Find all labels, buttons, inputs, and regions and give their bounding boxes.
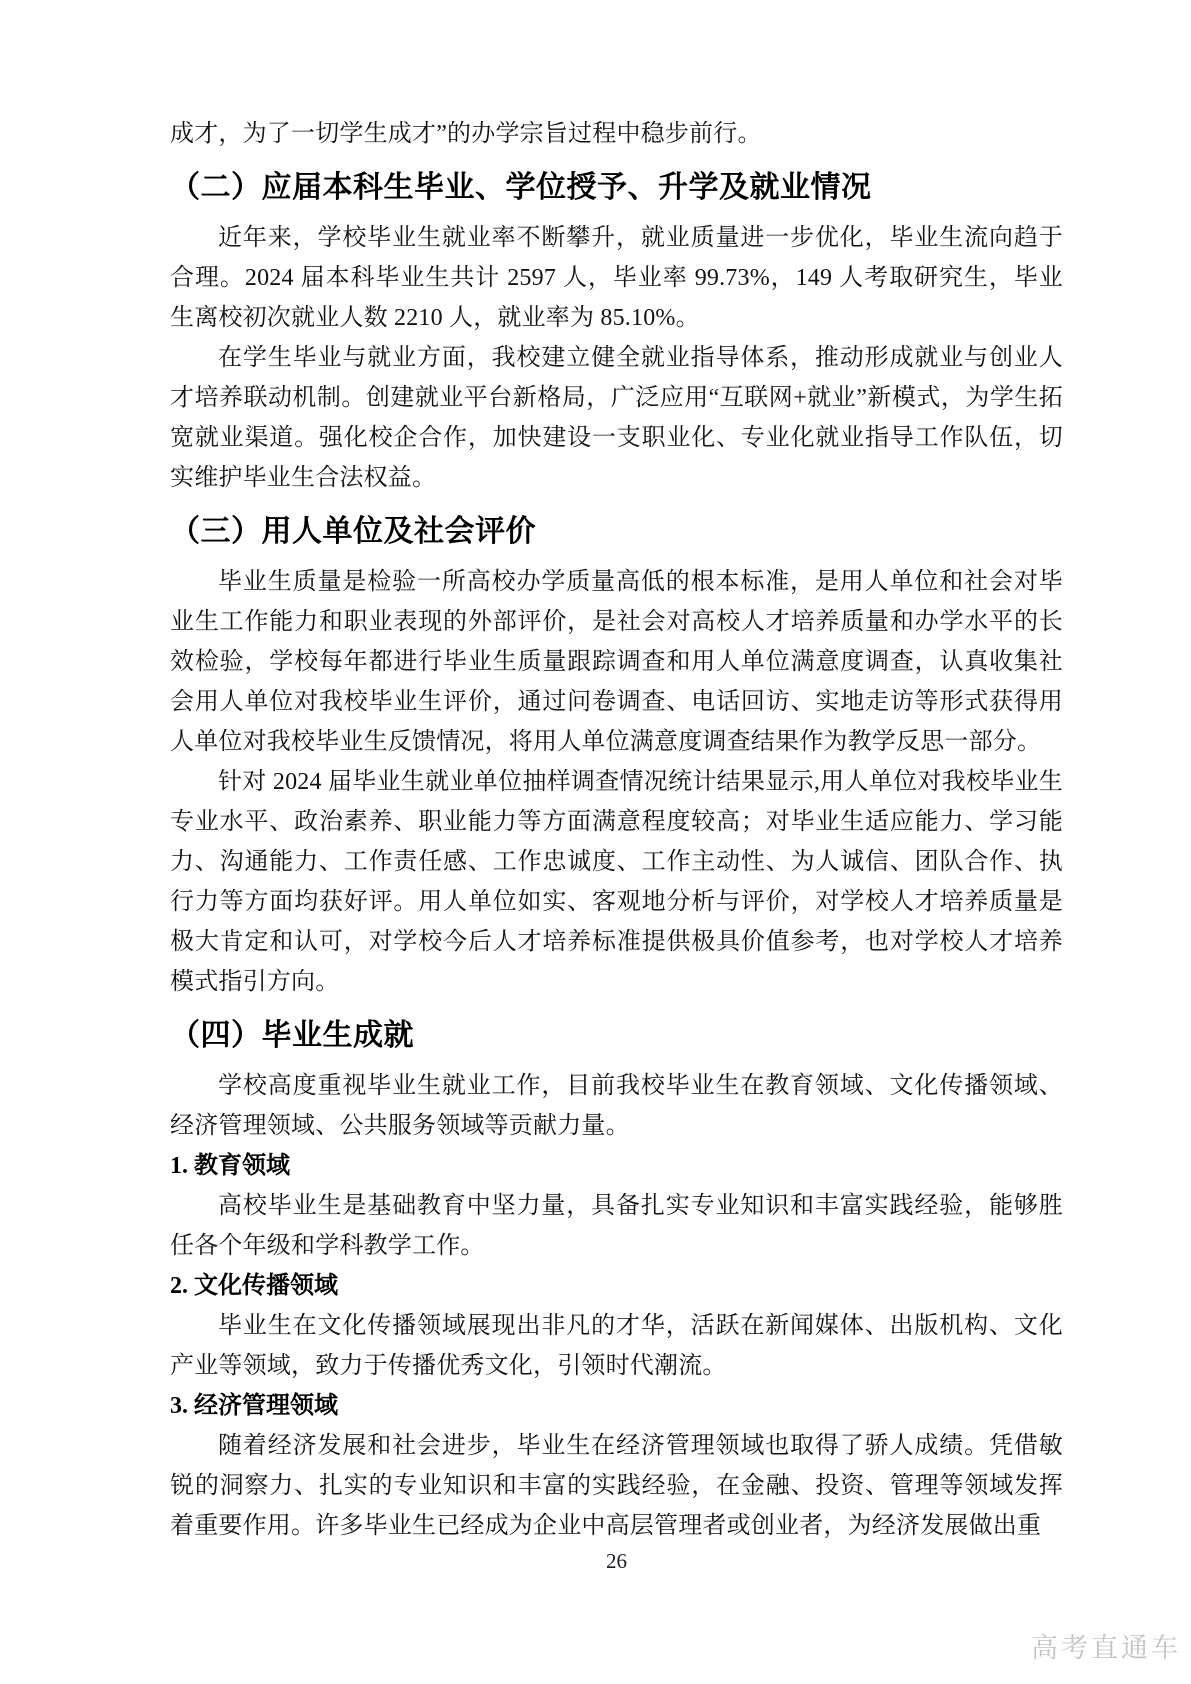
- paragraph-quality-evaluation: 毕业生质量是检验一所高校办学质量高低的根本标准，是用人单位和社会对毕业生工作能力…: [170, 562, 1063, 762]
- paragraph-continuation: 成才，为了一切学生成才”的办学宗旨过程中稳步前行。: [170, 114, 1063, 154]
- subsection-title: 经济管理领域: [194, 1392, 338, 1419]
- page-content: 成才，为了一切学生成才”的办学宗旨过程中稳步前行。 （二）应届本科生毕业、学位授…: [170, 114, 1063, 1546]
- subsection-title: 文化传播领域: [194, 1272, 338, 1299]
- subsection-heading-education: 1.教育领域: [170, 1146, 1063, 1186]
- paragraph-achievement-overview: 学校高度重视毕业生就业工作，目前我校毕业生在教育领域、文化传播领域、经济管理领域…: [170, 1066, 1063, 1146]
- page-number: 26: [170, 1546, 1063, 1576]
- paragraph-culture-media-field: 毕业生在文化传播领域展现出非凡的才华，活跃在新闻媒体、出版机构、文化产业等领域，…: [170, 1306, 1063, 1386]
- subsection-number: 3.: [170, 1393, 188, 1419]
- subsection-title: 教育领域: [194, 1152, 290, 1179]
- subsection-number: 2.: [170, 1273, 188, 1299]
- paragraph-employment-stats: 近年来，学校毕业生就业率不断攀升，就业质量进一步优化，毕业生流向趋于合理。202…: [170, 218, 1063, 338]
- subsection-number: 1.: [170, 1153, 188, 1179]
- document-page: 成才，为了一切学生成才”的办学宗旨过程中稳步前行。 （二）应届本科生毕业、学位授…: [0, 0, 1191, 1684]
- watermark: 高考直通车: [1031, 1632, 1181, 1664]
- paragraph-employment-guidance: 在学生毕业与就业方面，我校建立健全就业指导体系，推动形成就业与创业人才培养联动机…: [170, 338, 1063, 498]
- paragraph-survey-results: 针对 2024 届毕业生就业单位抽样调查情况统计结果显示,用人单位对我校毕业生专…: [170, 762, 1063, 1002]
- subsection-heading-culture-media: 2.文化传播领域: [170, 1266, 1063, 1306]
- subsection-heading-economic-management: 3.经济管理领域: [170, 1386, 1063, 1426]
- paragraph-economic-management-field: 随着经济发展和社会进步，毕业生在经济管理领域也取得了骄人成绩。凭借敏锐的洞察力、…: [170, 1426, 1063, 1546]
- section-heading-graduation-degree-employment: （二）应届本科生毕业、学位授予、升学及就业情况: [170, 166, 1063, 210]
- section-heading-graduate-achievements: （四）毕业生成就: [170, 1014, 1063, 1058]
- section-heading-employer-social-evaluation: （三）用人单位及社会评价: [170, 510, 1063, 554]
- paragraph-education-field: 高校毕业生是基础教育中坚力量，具备扎实专业知识和丰富实践经验，能够胜任各个年级和…: [170, 1186, 1063, 1266]
